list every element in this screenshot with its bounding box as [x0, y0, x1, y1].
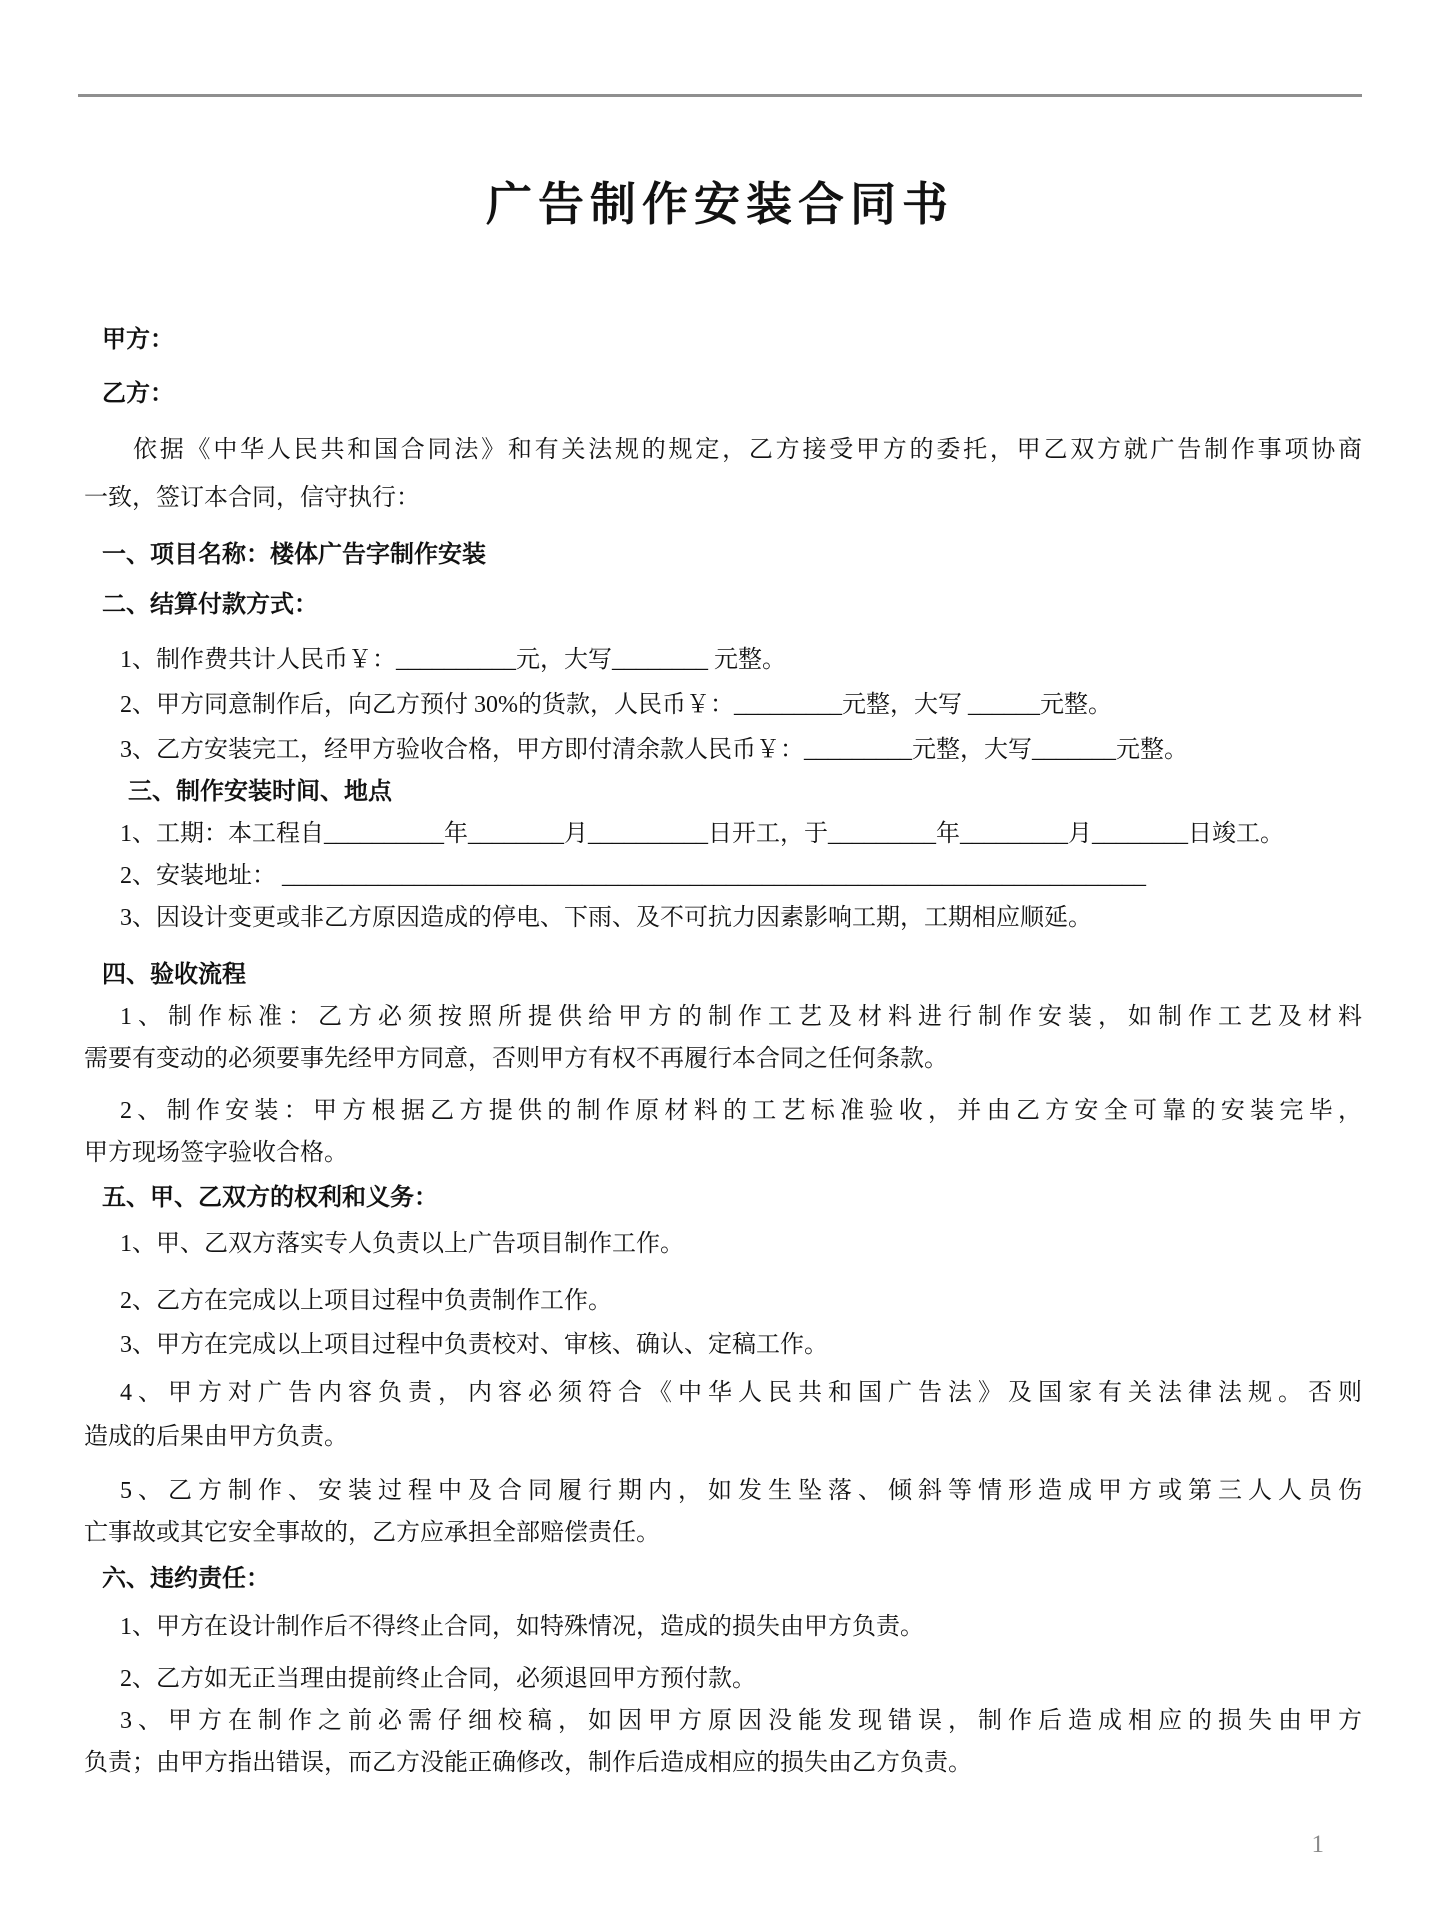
acceptance-item-1-line-2: 需要有变动的必须要事先经甲方同意，否则甲方有权不再履行本合同之任何条款。 — [84, 1038, 1362, 1080]
acceptance-item-2-line-2: 甲方现场签字验收合格。 — [84, 1132, 1362, 1174]
rights-item-1: 1、甲、乙双方落实专人负责以上广告项目制作工作。 — [84, 1223, 1362, 1265]
rights-item-2: 2、乙方在完成以上项目过程中负责制作工作。 — [84, 1280, 1362, 1322]
section-payment-heading: 二、结算付款方式： — [84, 584, 1362, 626]
payment-item-2: 2、甲方同意制作后，向乙方预付 30%的货款，人民币￥：_________元整，… — [84, 684, 1362, 726]
page-number: 1 — [1312, 1830, 1325, 1860]
document-body: 甲方： 乙方： 依据《中华人民共和国合同法》和有关法规的规定，乙方接受甲方的委托… — [0, 319, 1440, 1784]
rights-item-5-line-1: 5、乙方制作、安装过程中及合同履行期内，如发生坠落、倾斜等情形造成甲方或第三人人… — [84, 1470, 1362, 1512]
payment-item-1: 1、制作费共计人民币￥：__________元，大写________ 元整。 — [84, 639, 1362, 681]
party-a-label: 甲方： — [84, 319, 1362, 361]
section-project-heading: 一、项目名称：楼体广告字制作安装 — [84, 534, 1362, 576]
breach-item-3-line-1: 3、甲方在制作之前必需仔细校稿，如因甲方原因没能发现错误，制作后造成相应的损失由… — [84, 1700, 1362, 1742]
rights-item-3: 3、甲方在完成以上项目过程中负责校对、审核、确认、定稿工作。 — [84, 1324, 1362, 1366]
schedule-item-1-duration: 1、工期：本工程自__________年________月__________日… — [84, 813, 1362, 855]
section-breach-heading: 六、违约责任： — [84, 1558, 1362, 1600]
contract-page: 广告制作安装合同书 甲方： 乙方： 依据《中华人民共和国合同法》和有关法规的规定… — [0, 0, 1440, 1920]
rights-item-4-line-1: 4、甲方对广告内容负责，内容必须符合《中华人民共和国广告法》及国家有关法律法规。… — [84, 1372, 1362, 1414]
party-b-label: 乙方： — [84, 373, 1362, 415]
schedule-item-2-address: 2、安装地址： ________________________________… — [84, 855, 1362, 897]
intro-line-1: 依据《中华人民共和国合同法》和有关法规的规定，乙方接受甲方的委托，甲乙双方就广告… — [84, 429, 1362, 471]
intro-line-2: 一致，签订本合同，信守执行： — [84, 477, 1362, 519]
header-divider-line — [78, 94, 1362, 97]
section-acceptance-heading: 四、验收流程 — [84, 954, 1362, 996]
section-rights-heading: 五、甲、乙双方的权利和义务： — [84, 1177, 1362, 1219]
rights-item-4-line-2: 造成的后果由甲方负责。 — [84, 1416, 1362, 1458]
payment-item-3: 3、乙方安装完工，经甲方验收合格，甲方即付清余款人民币￥：_________元整… — [84, 729, 1362, 771]
schedule-item-3-delay: 3、因设计变更或非乙方原因造成的停电、下雨、及不可抗力因素影响工期，工期相应顺延… — [84, 897, 1362, 939]
acceptance-item-1-line-1: 1、制作标准：乙方必须按照所提供给甲方的制作工艺及材料进行制作安装，如制作工艺及… — [84, 996, 1362, 1038]
breach-item-2: 2、乙方如无正当理由提前终止合同，必须退回甲方预付款。 — [84, 1658, 1362, 1700]
rights-item-5-line-2: 亡事故或其它安全事故的，乙方应承担全部赔偿责任。 — [84, 1512, 1362, 1554]
acceptance-item-2-line-1: 2、制作安装：甲方根据乙方提供的制作原材料的工艺标准验收，并由乙方安全可靠的安装… — [84, 1090, 1362, 1132]
breach-item-1: 1、甲方在设计制作后不得终止合同，如特殊情况，造成的损失由甲方负责。 — [84, 1606, 1362, 1648]
document-title: 广告制作安装合同书 — [0, 177, 1440, 233]
breach-item-3-line-2: 负责；由甲方指出错误，而乙方没能正确修改，制作后造成相应的损失由乙方负责。 — [84, 1742, 1362, 1784]
section-schedule-heading: 三、制作安装时间、地点 — [84, 771, 1362, 813]
